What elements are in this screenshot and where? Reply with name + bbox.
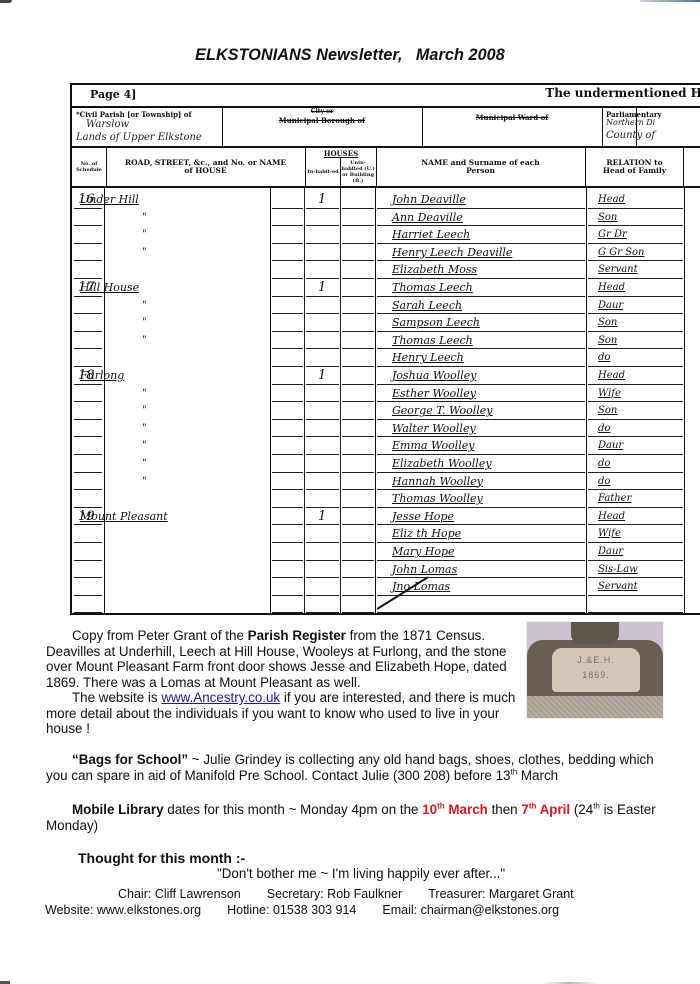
library-date-1: 10th March <box>422 802 488 817</box>
person-name: Thomas Leech <box>392 334 473 347</box>
ruled-line <box>377 331 585 332</box>
ruled-line <box>342 454 374 455</box>
house-name: " <box>142 475 147 488</box>
column-divider <box>375 188 376 613</box>
ruled-line <box>272 507 303 508</box>
municipal-borough-cell: City or Municipal Borough of <box>222 108 423 146</box>
person-name: Thomas Woolley <box>392 492 483 505</box>
ruled-line <box>74 577 102 578</box>
person-name: Henry Leech Deaville <box>392 246 512 259</box>
parliamentary-cell: Parliamentary Northern Di County of <box>602 108 700 146</box>
ruled-line <box>377 577 585 578</box>
ruled-line <box>306 542 339 543</box>
house-name: " <box>142 299 147 312</box>
ruled-line <box>342 436 374 437</box>
column-divider <box>684 188 685 613</box>
ruled-line <box>74 260 102 261</box>
parliamentary-value-2: County of <box>606 130 655 141</box>
ruled-line <box>588 612 683 613</box>
ruled-line <box>74 313 102 314</box>
ruled-line <box>377 313 585 314</box>
relation-to-head: G Gr Son <box>598 246 644 259</box>
relation-to-head: do <box>598 422 610 435</box>
ruled-line <box>377 595 585 596</box>
ruled-line <box>74 331 102 332</box>
house-name: Furlong <box>80 369 124 382</box>
ruled-line <box>588 472 683 473</box>
secretary: Secretary: Rob Faulkner <box>267 887 402 901</box>
relation-to-head: Son <box>598 316 617 329</box>
ruled-line <box>377 401 585 402</box>
ruled-line <box>272 366 303 367</box>
website[interactable]: Website: www.elkstones.org <box>45 903 201 917</box>
ruled-line <box>74 489 102 490</box>
ruled-line <box>74 560 102 561</box>
ruled-line <box>272 560 303 561</box>
header-name: NAME and Surname of each Person <box>376 148 586 186</box>
newsletter-name: ELKSTONIANS Newsletter, <box>195 45 402 64</box>
house-name: " <box>142 246 147 259</box>
ruled-line <box>272 472 303 473</box>
ruled-line <box>588 331 683 332</box>
bags-for-school-paragraph: “Bags for School” ~ Julie Grindey is col… <box>46 752 666 783</box>
ruled-line <box>74 612 102 613</box>
ruled-line <box>342 401 374 402</box>
ruled-line <box>342 560 374 561</box>
column-divider <box>270 188 271 613</box>
ruled-line <box>306 243 339 244</box>
ruled-line <box>342 577 374 578</box>
municipal-ward-label: Municipal Ward of <box>422 113 602 122</box>
ruled-line <box>588 260 683 261</box>
photo-ground <box>527 696 663 718</box>
column-divider <box>104 188 105 613</box>
ruled-line <box>74 524 102 525</box>
ruled-line <box>588 225 683 226</box>
ruled-line <box>588 243 683 244</box>
ruled-line <box>377 542 585 543</box>
person-name: Elizabeth Moss <box>392 263 477 276</box>
census-location-row: *Civil Parish [or Township] of Warslow L… <box>72 108 700 148</box>
relation-to-head: Wife <box>598 527 621 540</box>
relation-to-head: Head <box>598 281 625 294</box>
photo-plaque: J.&E.H. 1869. <box>552 648 640 692</box>
ruled-line <box>306 560 339 561</box>
ruled-line <box>306 524 339 525</box>
ruled-line <box>306 366 339 367</box>
ruled-line <box>74 542 102 543</box>
ruled-line <box>377 489 585 490</box>
photo-stone-top <box>571 622 619 644</box>
house-name: " <box>142 228 147 241</box>
ruled-line <box>377 243 585 244</box>
chair: Chair: Cliff Lawrenson <box>118 887 241 901</box>
ruled-line <box>588 577 683 578</box>
ruled-line <box>342 489 374 490</box>
ruled-line <box>306 401 339 402</box>
civil-parish-cell: *Civil Parish [or Township] of Warslow L… <box>72 108 223 146</box>
ruled-line <box>306 313 339 314</box>
ruled-line <box>342 348 374 349</box>
ruled-line <box>306 348 339 349</box>
relation-to-head: Wife <box>598 387 621 400</box>
ruled-line <box>74 348 102 349</box>
ruled-line <box>377 348 585 349</box>
header-road: ROAD, STREET, &c., and No. or NAME of HO… <box>106 148 306 186</box>
house-name: " <box>142 404 147 417</box>
ruled-line <box>377 472 585 473</box>
inhabited-count: 1 <box>318 193 326 206</box>
ruled-line <box>272 208 303 209</box>
ruled-line <box>74 296 102 297</box>
header-uninhabited: Unin-habited (U.) or Building (B.) <box>340 158 376 186</box>
person-name: Eliz th Hope <box>392 527 461 540</box>
census-page-label: Page 4] <box>90 88 136 101</box>
person-name: Joshua Woolley <box>392 369 476 382</box>
person-name: Mary Hope <box>392 545 455 558</box>
census-record-image: Page 4] The undermentioned H *Civil Pari… <box>70 83 700 615</box>
library-heading: Mobile Library <box>72 802 164 817</box>
person-name: George T. Woolley <box>392 404 493 417</box>
person-name: Harriet Leech <box>392 228 470 241</box>
header-relation: RELATION to Head of Family <box>586 148 684 186</box>
relation-to-head: Daur <box>598 299 623 312</box>
ruled-line <box>306 419 339 420</box>
relation-to-head: do <box>598 457 610 470</box>
relation-to-head: Sis-Law <box>598 563 638 576</box>
ruled-line <box>74 401 102 402</box>
municipal-borough-label: Municipal Borough of <box>222 116 422 125</box>
person-name: Walter Woolley <box>392 422 476 435</box>
ruled-line <box>74 507 102 508</box>
ruled-line <box>306 454 339 455</box>
ruled-line <box>306 331 339 332</box>
house-name: " <box>142 211 147 224</box>
ruled-line <box>342 208 374 209</box>
ancestry-paragraph: The website is www.Ancestry.co.uk if you… <box>46 690 526 737</box>
ruled-line <box>588 595 683 596</box>
library-text: then <box>488 802 522 817</box>
ruled-line <box>377 260 585 261</box>
newsletter-title: ELKSTONIANS Newsletter,March 2008 <box>18 45 683 65</box>
ruled-line <box>377 560 585 561</box>
ruled-line <box>272 401 303 402</box>
ruled-line <box>272 612 303 613</box>
relation-to-head: do <box>598 351 610 364</box>
ruled-line <box>588 401 683 402</box>
ruled-line <box>306 384 339 385</box>
ruled-line <box>588 208 683 209</box>
person-name: Hannah Woolley <box>392 475 483 488</box>
person-name: Esther Woolley <box>392 387 476 400</box>
census-intro-paragraph: Copy from Peter Grant of the Parish Regi… <box>46 628 518 690</box>
ruled-line <box>272 313 303 314</box>
ruled-line <box>272 331 303 332</box>
ruled-line <box>342 366 374 367</box>
column-divider <box>304 188 305 613</box>
ruled-line <box>74 225 102 226</box>
person-name: Thomas Leech <box>392 281 473 294</box>
ruled-line <box>306 577 339 578</box>
ruled-line <box>272 436 303 437</box>
ruled-line <box>306 260 339 261</box>
ruled-line <box>342 296 374 297</box>
treasurer: Treasurer: Margaret Grant <box>428 887 573 901</box>
header-houses-title: HOUSES <box>306 149 376 158</box>
intro-text: Copy from Peter Grant of the <box>72 628 248 643</box>
ruled-line <box>377 436 585 437</box>
ruled-line <box>342 384 374 385</box>
ruled-line <box>342 243 374 244</box>
census-header-row: No. of Schedule ROAD, STREET, &c., and N… <box>72 148 700 188</box>
ruled-line <box>588 313 683 314</box>
ruled-line <box>306 612 339 613</box>
intro-bold-parish-register: Parish Register <box>248 628 346 643</box>
ruled-line <box>306 595 339 596</box>
house-name: " <box>142 439 147 452</box>
relation-to-head: Servant <box>598 580 638 593</box>
ruled-line <box>342 278 374 279</box>
parliamentary-value: Northern Di <box>606 118 655 127</box>
ruled-line <box>377 296 585 297</box>
thought-heading: Thought for this month :- <box>78 850 245 866</box>
ruled-line <box>377 454 585 455</box>
ruled-line <box>588 366 683 367</box>
email[interactable]: Email: chairman@elkstones.org <box>382 903 559 917</box>
header-inhabited: In-habit-ed <box>306 158 341 186</box>
ruled-line <box>377 225 585 226</box>
ruled-line <box>342 313 374 314</box>
ruled-line <box>588 489 683 490</box>
column-divider <box>340 188 341 613</box>
ruled-line <box>272 384 303 385</box>
relation-to-head: Son <box>598 211 617 224</box>
column-divider <box>586 188 587 613</box>
hotline: Hotline: 01538 303 914 <box>227 903 356 917</box>
municipal-borough-over: City or <box>222 108 422 115</box>
civil-parish-label: *Civil Parish [or Township] of <box>76 110 191 119</box>
census-page-row: Page 4] The undermentioned H <box>72 85 700 108</box>
house-name: " <box>142 387 147 400</box>
civil-parish-value-2: Lands of Upper Elkstone <box>76 132 202 143</box>
person-name: John Deaville <box>392 193 466 206</box>
person-name: John Lomas <box>392 563 457 576</box>
house-name: Mount Pleasant <box>80 510 168 523</box>
ruled-line <box>306 225 339 226</box>
ruled-line <box>306 278 339 279</box>
person-name: Jesse Hope <box>392 510 454 523</box>
ruled-line <box>377 366 585 367</box>
person-name: Elizabeth Woolley <box>392 457 492 470</box>
inhabited-count: 1 <box>318 369 326 382</box>
ruled-line <box>588 419 683 420</box>
ruled-line <box>74 454 102 455</box>
ruled-line <box>306 436 339 437</box>
ruled-line <box>272 489 303 490</box>
ruled-line <box>74 472 102 473</box>
ruled-line <box>342 225 374 226</box>
header-schedule: No. of Schedule <box>72 148 107 186</box>
inhabited-count: 1 <box>318 510 326 523</box>
ruled-line <box>74 436 102 437</box>
ruled-line <box>377 612 585 613</box>
plaque-initials: J.&E.H. <box>552 653 640 668</box>
ruled-line <box>588 507 683 508</box>
ruled-line <box>74 384 102 385</box>
thought-quote: "Don't bother me ~ I'm living happily ev… <box>217 866 505 881</box>
ruled-line <box>342 472 374 473</box>
library-text: dates for this month ~ Monday 4pm on the <box>164 802 423 817</box>
lintel-stone-photo: J.&E.H. 1869. <box>526 621 664 719</box>
ruled-line <box>272 454 303 455</box>
plaque-year: 1869. <box>552 668 640 683</box>
ruled-line <box>306 296 339 297</box>
ruled-line <box>306 507 339 508</box>
ruled-line <box>272 243 303 244</box>
census-district-title: The undermentioned H <box>545 86 700 100</box>
ruled-line <box>342 595 374 596</box>
ruled-line <box>306 472 339 473</box>
relation-to-head: Head <box>598 510 625 523</box>
ruled-line <box>306 208 339 209</box>
library-date-2: 7th April <box>521 802 570 817</box>
contact-footer: Website: www.elkstones.orgHotline: 01538… <box>45 903 559 917</box>
ruled-line <box>74 595 102 596</box>
person-name: Jno Lomas <box>392 580 450 593</box>
relation-to-head: Head <box>598 369 625 382</box>
ancestry-link[interactable]: www.Ancestry.co.uk <box>161 690 280 705</box>
ruled-line <box>74 366 102 367</box>
mobile-library-paragraph: Mobile Library dates for this month ~ Mo… <box>46 802 666 833</box>
person-name: Henry Leech <box>392 351 464 364</box>
ruled-line <box>74 243 102 244</box>
person-name: Emma Woolley <box>392 439 475 452</box>
person-name: Sampson Leech <box>392 316 480 329</box>
house-name: " <box>142 334 147 347</box>
ruled-line <box>588 296 683 297</box>
committee-footer: Chair: Cliff LawrensonSecretary: Rob Fau… <box>118 887 574 901</box>
scan-edge-shadow <box>0 0 12 3</box>
ruled-line <box>588 454 683 455</box>
ruled-line <box>377 507 585 508</box>
house-name: Hill House <box>80 281 139 294</box>
census-body: 16Under Hill1John DeavilleHead"Ann Deavi… <box>72 188 700 613</box>
ruled-line <box>588 348 683 349</box>
person-name: Ann Deaville <box>392 211 463 224</box>
ruled-line <box>342 419 374 420</box>
bags-text-tail: March <box>517 768 558 783</box>
ruled-line <box>588 384 683 385</box>
ruled-line <box>377 208 585 209</box>
ruled-line <box>377 419 585 420</box>
ruled-line <box>342 612 374 613</box>
ruled-line <box>74 208 102 209</box>
relation-to-head: Daur <box>598 545 623 558</box>
ruled-line <box>272 296 303 297</box>
relation-to-head: Son <box>598 404 617 417</box>
ruled-line <box>342 260 374 261</box>
relation-to-head: do <box>598 475 610 488</box>
house-name: " <box>142 422 147 435</box>
ancestry-text: The website is <box>72 690 161 705</box>
relation-to-head: Daur <box>598 439 623 452</box>
ruled-line <box>588 278 683 279</box>
library-sup: th <box>593 802 600 811</box>
ruled-line <box>588 560 683 561</box>
ruled-line <box>588 542 683 543</box>
header-houses: HOUSES In-habit-ed Unin-habited (U.) or … <box>306 148 377 186</box>
ruled-line <box>272 225 303 226</box>
bags-heading: “Bags for School” <box>72 752 188 767</box>
ruled-line <box>377 384 585 385</box>
ruled-line <box>377 524 585 525</box>
relation-to-head: Father <box>598 492 631 505</box>
inhabited-count: 1 <box>318 281 326 294</box>
relation-to-head: Head <box>598 193 625 206</box>
ruled-line <box>272 278 303 279</box>
ruled-line <box>272 419 303 420</box>
ruled-line <box>272 542 303 543</box>
newsletter-date: March 2008 <box>416 45 505 64</box>
civil-parish-value: Warslow <box>86 119 129 130</box>
house-name: " <box>142 316 147 329</box>
person-name: Sarah Leech <box>392 299 462 312</box>
ruled-line <box>306 489 339 490</box>
relation-to-head: Son <box>598 334 617 347</box>
house-name: Under Hill <box>80 193 139 206</box>
ruled-line <box>74 278 102 279</box>
ruled-line <box>272 524 303 525</box>
ruled-line <box>272 348 303 349</box>
house-name: " <box>142 457 147 470</box>
ruled-line <box>342 542 374 543</box>
municipal-ward-cell: Municipal Ward of <box>422 108 603 146</box>
ruled-line <box>377 278 585 279</box>
library-text: (24 <box>570 802 593 817</box>
ruled-line <box>342 507 374 508</box>
relation-to-head: Gr Dr <box>598 228 627 241</box>
ruled-line <box>342 331 374 332</box>
ruled-line <box>342 524 374 525</box>
ruled-line <box>74 419 102 420</box>
relation-to-head: Servant <box>598 263 638 276</box>
ruled-line <box>272 260 303 261</box>
divider <box>636 108 637 146</box>
ruled-line <box>588 524 683 525</box>
ruled-line <box>272 577 303 578</box>
scan-edge-shadow <box>640 0 700 2</box>
ruled-line <box>272 595 303 596</box>
ruled-line <box>588 436 683 437</box>
